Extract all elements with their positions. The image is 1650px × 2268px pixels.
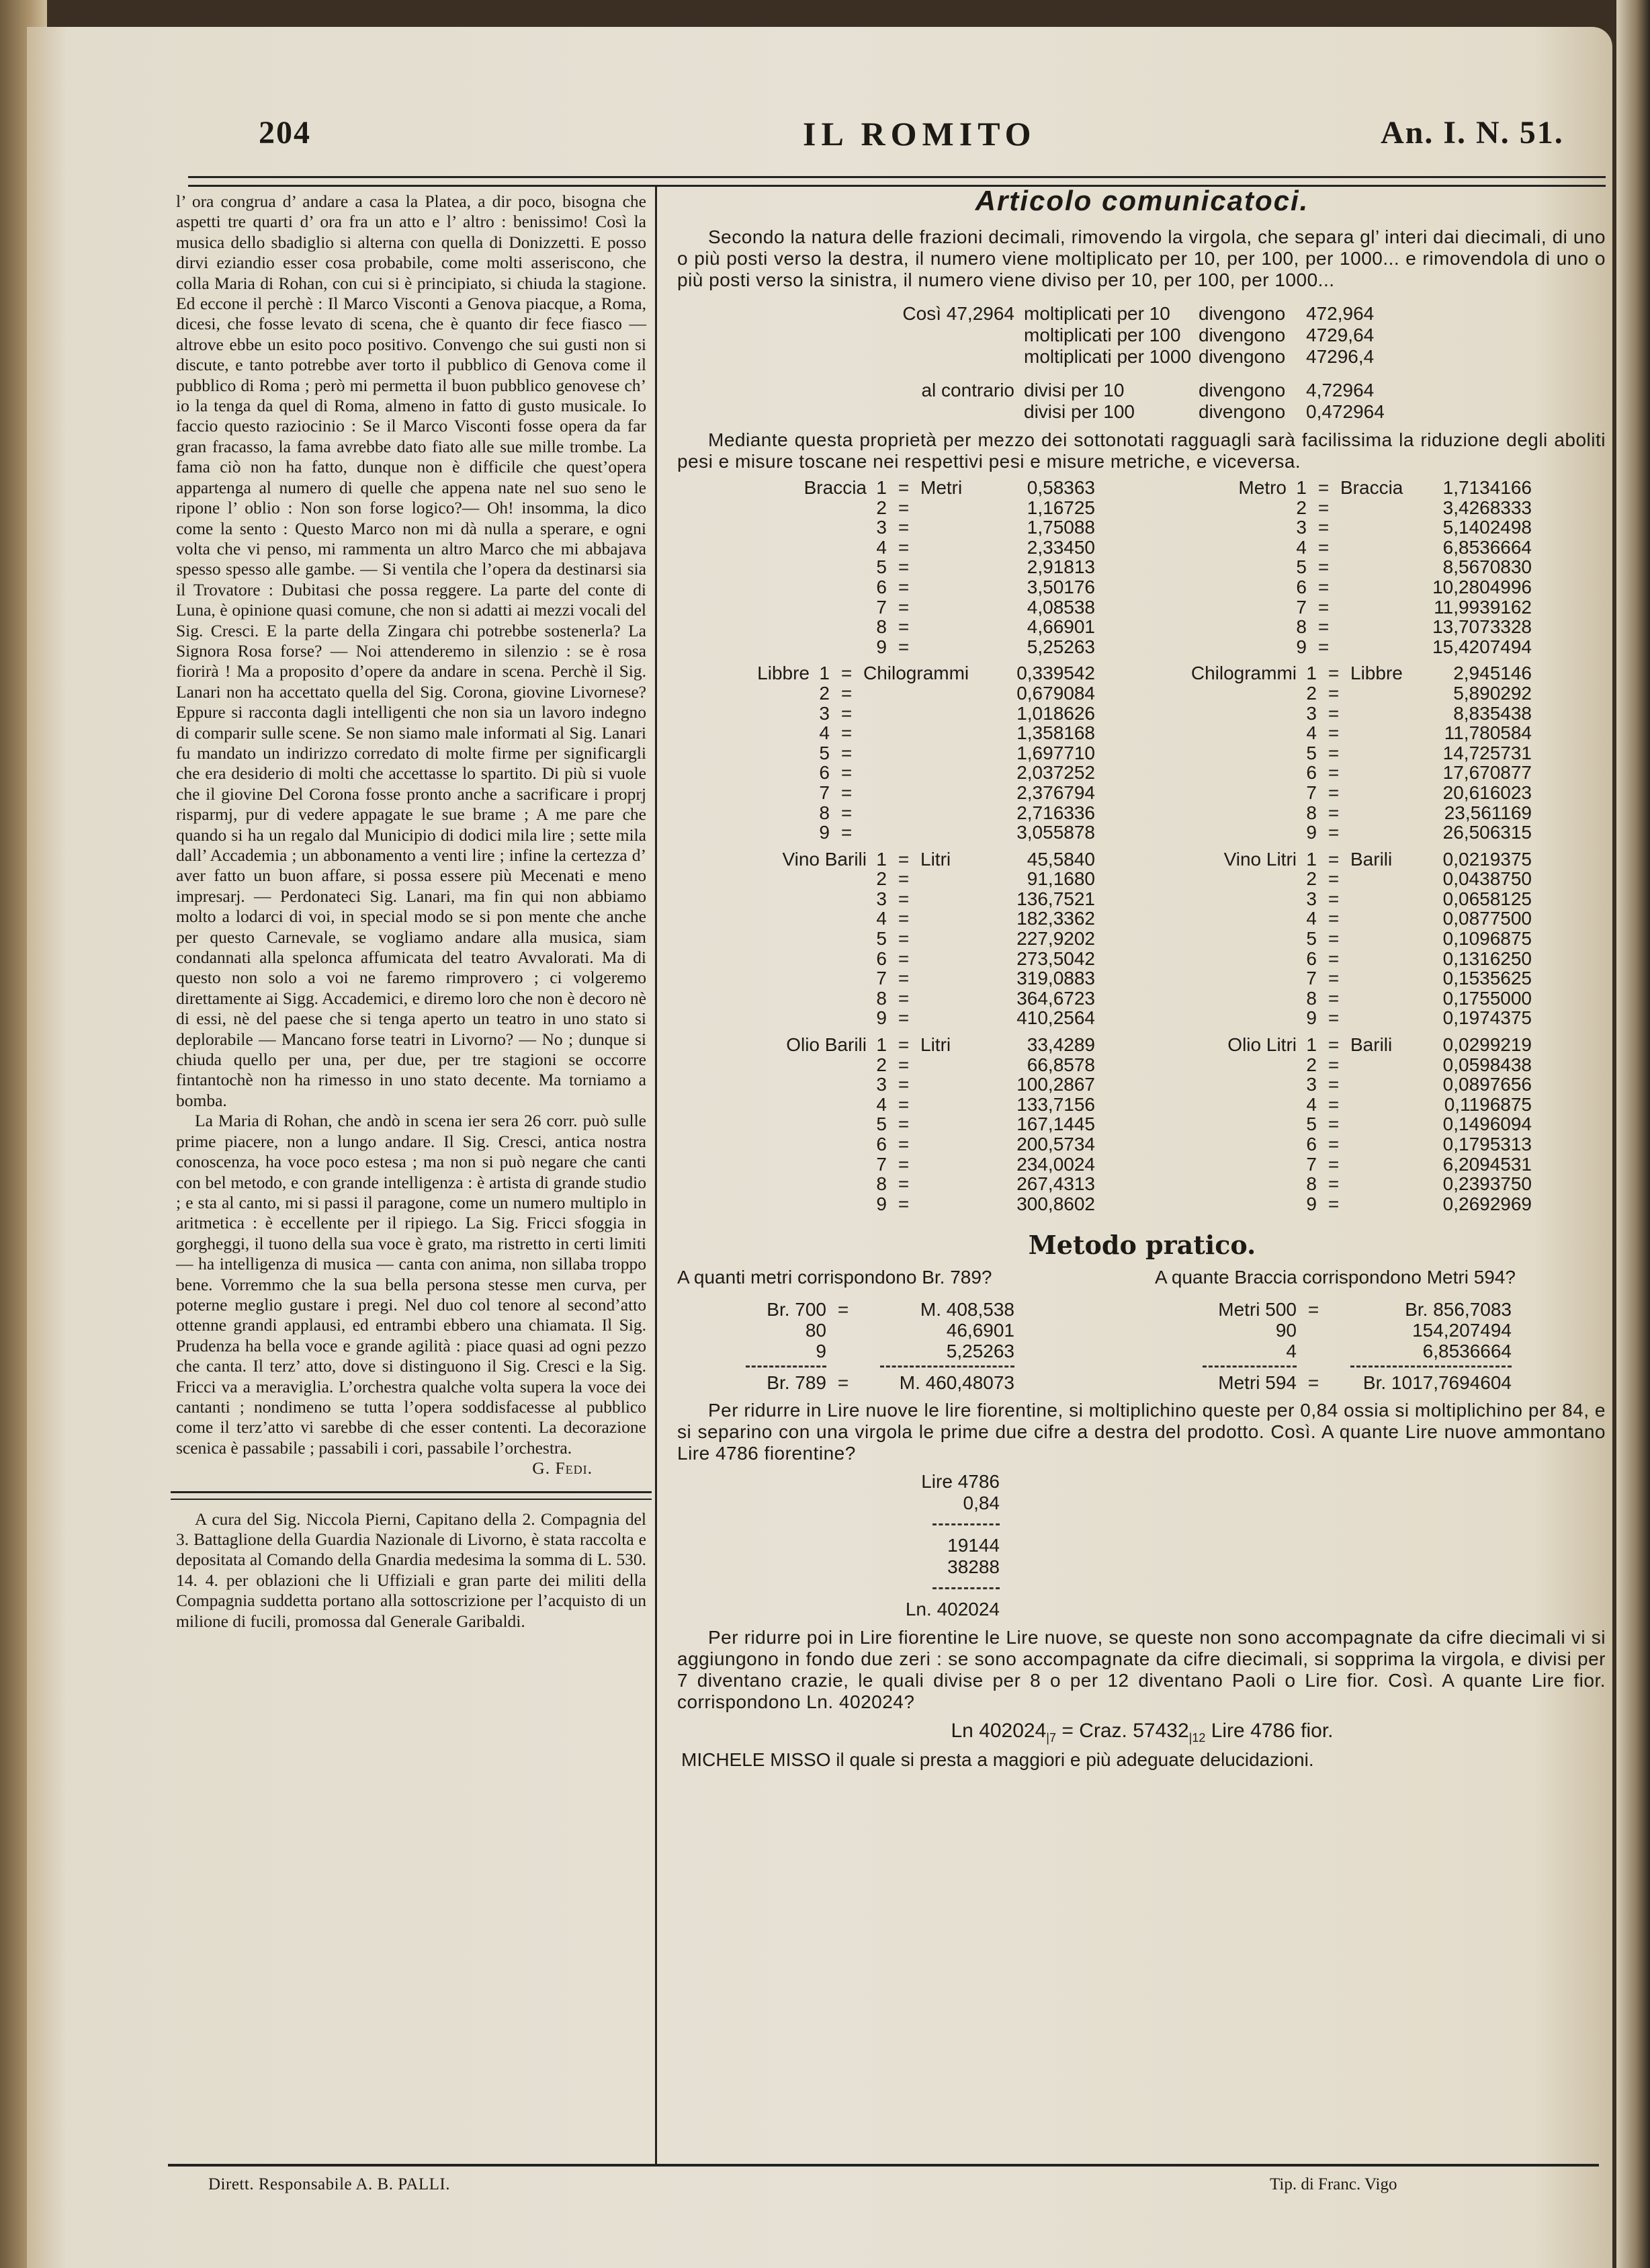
article-title: Articolo comunicatoci. xyxy=(672,185,1612,217)
conversion-row: 2=0,679084 xyxy=(709,683,1142,704)
calc-metri-to-braccia: Metri 500=Br. 856,708390154,20749446,853… xyxy=(1156,1299,1612,1393)
newspaper-title: IL ROMITO xyxy=(803,114,1037,153)
closing-line: MICHELE MISSO il quale si presta a maggi… xyxy=(681,1749,1612,1771)
conversion-row: 8=23,561169 xyxy=(1172,803,1612,823)
conversion-row: 7=0,1535625 xyxy=(1182,968,1612,989)
column-divider xyxy=(655,185,657,2164)
mult-line: 38288 xyxy=(672,1556,1612,1578)
calc-line: Metri 594=Br. 1017,7694604 xyxy=(1176,1372,1612,1393)
review-paragraph: l’ ora congrua d’ andare a casa la Plate… xyxy=(176,192,646,1111)
conversion-row: 4=133,7156 xyxy=(742,1095,1142,1115)
conversion-row: 7=234,0024 xyxy=(742,1154,1142,1175)
example-row: divisi per 100divengono0,472964 xyxy=(672,401,1612,423)
conversion-row: 8=0,2393750 xyxy=(1182,1174,1612,1194)
conversion-row: 9=0,1974375 xyxy=(1182,1008,1612,1028)
lire-paragraph: Per ridurre in Lire nuove le lire fioren… xyxy=(677,1400,1606,1464)
conversion-table: Chilogrammi1=Libbre2,9451462=5,8902923=8… xyxy=(1142,663,1612,842)
conversion-table: Vino Litri1=Barili0,02193752=0,04387503=… xyxy=(1142,849,1612,1028)
conversion-row: 5=2,91813 xyxy=(766,557,1142,577)
author-signature: G. Fedi. xyxy=(176,1458,646,1478)
calc-line: Br. 700=M. 408,538 xyxy=(719,1299,1156,1320)
question-row: A quanti metri corrispondono Br. 789? A … xyxy=(672,1267,1612,1288)
conversion-table: Olio Litri1=Barili0,02992192=0,05984383=… xyxy=(1142,1035,1612,1214)
conversion-row: 5=0,1096875 xyxy=(1182,929,1612,949)
conversion-row: 4=11,780584 xyxy=(1172,723,1612,743)
reverse-paragraph: Per ridurre poi in Lire fiorentine le Li… xyxy=(677,1627,1606,1713)
example-row: al contrariodivisi per 10divengono4,7296… xyxy=(672,380,1612,401)
notice-paragraph: A cura del Sig. Niccola Pierni, Capitano… xyxy=(176,1509,646,1632)
example-row: Così 47,2964moltiplicati per 10divengono… xyxy=(672,303,1612,325)
conversion-row: 7=20,616023 xyxy=(1172,783,1612,803)
conversion-row: 7=319,0883 xyxy=(742,968,1142,989)
conversion-row: 7=2,376794 xyxy=(709,783,1142,803)
calc-line: 46,8536664 xyxy=(1176,1341,1612,1361)
conversion-row: 3=1,75088 xyxy=(766,517,1142,538)
conversion-row: 5=167,1445 xyxy=(742,1114,1142,1134)
conversion-row: 2=1,16725 xyxy=(766,498,1142,518)
conversion-row: 6=2,037252 xyxy=(709,763,1142,783)
conversion-tables: Braccia1=Metri0,583632=1,167253=1,750884… xyxy=(672,478,1612,1220)
decimal-examples: Così 47,2964moltiplicati per 10divengono… xyxy=(672,303,1612,423)
issue-number: An. I. N. 51. xyxy=(1381,114,1564,151)
conversion-row: 5=14,725731 xyxy=(1172,743,1612,763)
page-edge xyxy=(1616,0,1650,2268)
conversion-table: Metro1=Braccia1,71341662=3,42683333=5,14… xyxy=(1142,478,1612,657)
conversion-row: 2=0,0438750 xyxy=(1182,869,1612,889)
conversion-row: Olio Barili1=Litri33,4289 xyxy=(742,1035,1142,1055)
conversion-row: 5=227,9202 xyxy=(742,929,1142,949)
calc-line: Metri 500=Br. 856,7083 xyxy=(1176,1299,1612,1320)
conversion-row: 8=267,4313 xyxy=(742,1174,1142,1194)
conversion-row: Braccia1=Metri0,58363 xyxy=(766,478,1142,498)
conversion-row: Vino Barili1=Litri45,5840 xyxy=(742,849,1142,870)
conversion-row: 5=0,1496094 xyxy=(1182,1114,1612,1134)
conversion-row: 3=8,835438 xyxy=(1172,704,1612,724)
conversion-row: 9=410,2564 xyxy=(742,1008,1142,1028)
conversion-table: Vino Barili1=Litri45,58402=91,16803=136,… xyxy=(672,849,1142,1028)
conversion-row: Chilogrammi1=Libbre2,945146 xyxy=(1172,663,1612,683)
conversion-article: Articolo comunicatoci. Secondo la natura… xyxy=(672,185,1612,1771)
footer-rule xyxy=(168,2164,1599,2167)
conversion-table: Braccia1=Metri0,583632=1,167253=1,750884… xyxy=(672,478,1142,657)
conversion-row: 8=13,7073328 xyxy=(1186,617,1612,637)
conversion-row: 7=4,08538 xyxy=(766,597,1142,618)
conversion-row: 6=273,5042 xyxy=(742,949,1142,969)
conversion-row: 9=15,4207494 xyxy=(1186,637,1612,657)
conversion-row: Vino Litri1=Barili0,0219375 xyxy=(1182,849,1612,870)
calc-line: 90154,207494 xyxy=(1176,1320,1612,1341)
conversion-table: Libbre1=Chilogrammi0,3395422=0,6790843=1… xyxy=(672,663,1142,842)
calc-braccia-to-metri: Br. 700=M. 408,5388046,690195,25263Br. 7… xyxy=(672,1299,1156,1393)
review-paragraph: La Maria di Rohan, che andò in scena ier… xyxy=(176,1111,646,1458)
conversion-row: 2=5,890292 xyxy=(1172,683,1612,704)
conversion-row: 2=0,0598438 xyxy=(1182,1055,1612,1075)
conversion-row: Libbre1=Chilogrammi0,339542 xyxy=(709,663,1142,683)
conversion-row: 5=8,5670830 xyxy=(1186,557,1612,577)
conversion-row: 4=0,0877500 xyxy=(1182,909,1612,929)
conversion-row: 3=0,0897656 xyxy=(1182,1075,1612,1095)
example-row: moltiplicati per 1000divengono47296,4 xyxy=(672,346,1612,368)
intro-paragraph: Secondo la natura delle frazioni decimal… xyxy=(677,226,1606,291)
page-number: 204 xyxy=(259,114,311,151)
conversion-row: 8=364,6723 xyxy=(742,989,1142,1009)
conversion-row: 2=66,8578 xyxy=(742,1055,1142,1075)
conversion-row: 4=182,3362 xyxy=(742,909,1142,929)
conversion-row: 5=1,697710 xyxy=(709,743,1142,763)
conversion-row: 6=3,50176 xyxy=(766,577,1142,597)
example-row: moltiplicati per 100divengono4729,64 xyxy=(672,325,1612,346)
mult-line: 19144 xyxy=(672,1535,1612,1556)
conversion-row: 8=4,66901 xyxy=(766,617,1142,637)
conversion-row: 9=5,25263 xyxy=(766,637,1142,657)
masthead: 204 IL ROMITO An. I. N. 51. xyxy=(0,114,1650,168)
formula: Ln 402024|7 = Craz. 57432|12 Lire 4786 f… xyxy=(672,1720,1612,1745)
conversion-row: 2=3,4268333 xyxy=(1186,498,1612,518)
guard-notice: A cura del Sig. Niccola Pierni, Capitano… xyxy=(176,1509,646,1632)
question-left: A quanti metri corrispondono Br. 789? xyxy=(672,1267,1135,1288)
conversion-row: 2=91,1680 xyxy=(742,869,1142,889)
conversion-row: 8=0,1755000 xyxy=(1182,989,1612,1009)
conversion-row: 3=1,018626 xyxy=(709,704,1142,724)
conversion-row: 6=200,5734 xyxy=(742,1134,1142,1154)
worked-calculations: Br. 700=M. 408,5388046,690195,25263Br. 7… xyxy=(672,1299,1612,1393)
conversion-row: 9=0,2692969 xyxy=(1182,1194,1612,1214)
mult-line: Lire 4786 xyxy=(672,1471,1612,1493)
conversion-row: 7=6,2094531 xyxy=(1182,1154,1612,1175)
mult-line: 0,84 xyxy=(672,1493,1612,1514)
section-title: Metodo pratico. xyxy=(672,1230,1612,1260)
conversion-table: Olio Barili1=Litri33,42892=66,85783=100,… xyxy=(672,1035,1142,1214)
conversion-row: Olio Litri1=Barili0,0299219 xyxy=(1182,1035,1612,1055)
mult-line: Ln. 402024 xyxy=(672,1599,1612,1620)
calc-line: 95,25263 xyxy=(719,1341,1156,1361)
conversion-row: 8=2,716336 xyxy=(709,803,1142,823)
conversion-row: 4=2,33450 xyxy=(766,538,1142,558)
multiplication-example: Lire 47860,841914438288Ln. 402024 xyxy=(672,1471,1612,1620)
conversion-row: 3=0,0658125 xyxy=(1182,889,1612,909)
conversion-row: 3=100,2867 xyxy=(742,1075,1142,1095)
footer-printer: Tip. di Franc. Vigo xyxy=(1270,2175,1397,2194)
conversion-row: 3=5,1402498 xyxy=(1186,517,1612,538)
conversion-row: 9=300,8602 xyxy=(742,1194,1142,1214)
conversion-row: Metro1=Braccia1,7134166 xyxy=(1186,478,1612,498)
conversion-row: 9=26,506315 xyxy=(1172,823,1612,843)
calc-line: Br. 789=M. 460,48073 xyxy=(719,1372,1156,1393)
question-right: A quante Braccia corrispondono Metri 594… xyxy=(1135,1267,1612,1288)
theatre-review-column: l’ ora congrua d’ andare a casa la Plate… xyxy=(176,192,646,1632)
mediante-paragraph: Mediante questa proprietà per mezzo dei … xyxy=(677,429,1606,472)
conversion-row: 6=0,1316250 xyxy=(1182,949,1612,969)
conversion-row: 4=0,1196875 xyxy=(1182,1095,1612,1115)
conversion-row: 4=1,358168 xyxy=(709,723,1142,743)
conversion-row: 9=3,055878 xyxy=(709,823,1142,843)
conversion-row: 6=17,670877 xyxy=(1172,763,1612,783)
section-rule xyxy=(171,1491,652,1500)
footer-editor: Dirett. Responsabile A. B. PALLI. xyxy=(208,2175,450,2194)
conversion-row: 6=0,1795313 xyxy=(1182,1134,1612,1154)
conversion-row: 3=136,7521 xyxy=(742,889,1142,909)
conversion-row: 6=10,2804996 xyxy=(1186,577,1612,597)
calc-line: 8046,6901 xyxy=(719,1320,1156,1341)
conversion-row: 7=11,9939162 xyxy=(1186,597,1612,618)
conversion-row: 4=6,8536664 xyxy=(1186,538,1612,558)
